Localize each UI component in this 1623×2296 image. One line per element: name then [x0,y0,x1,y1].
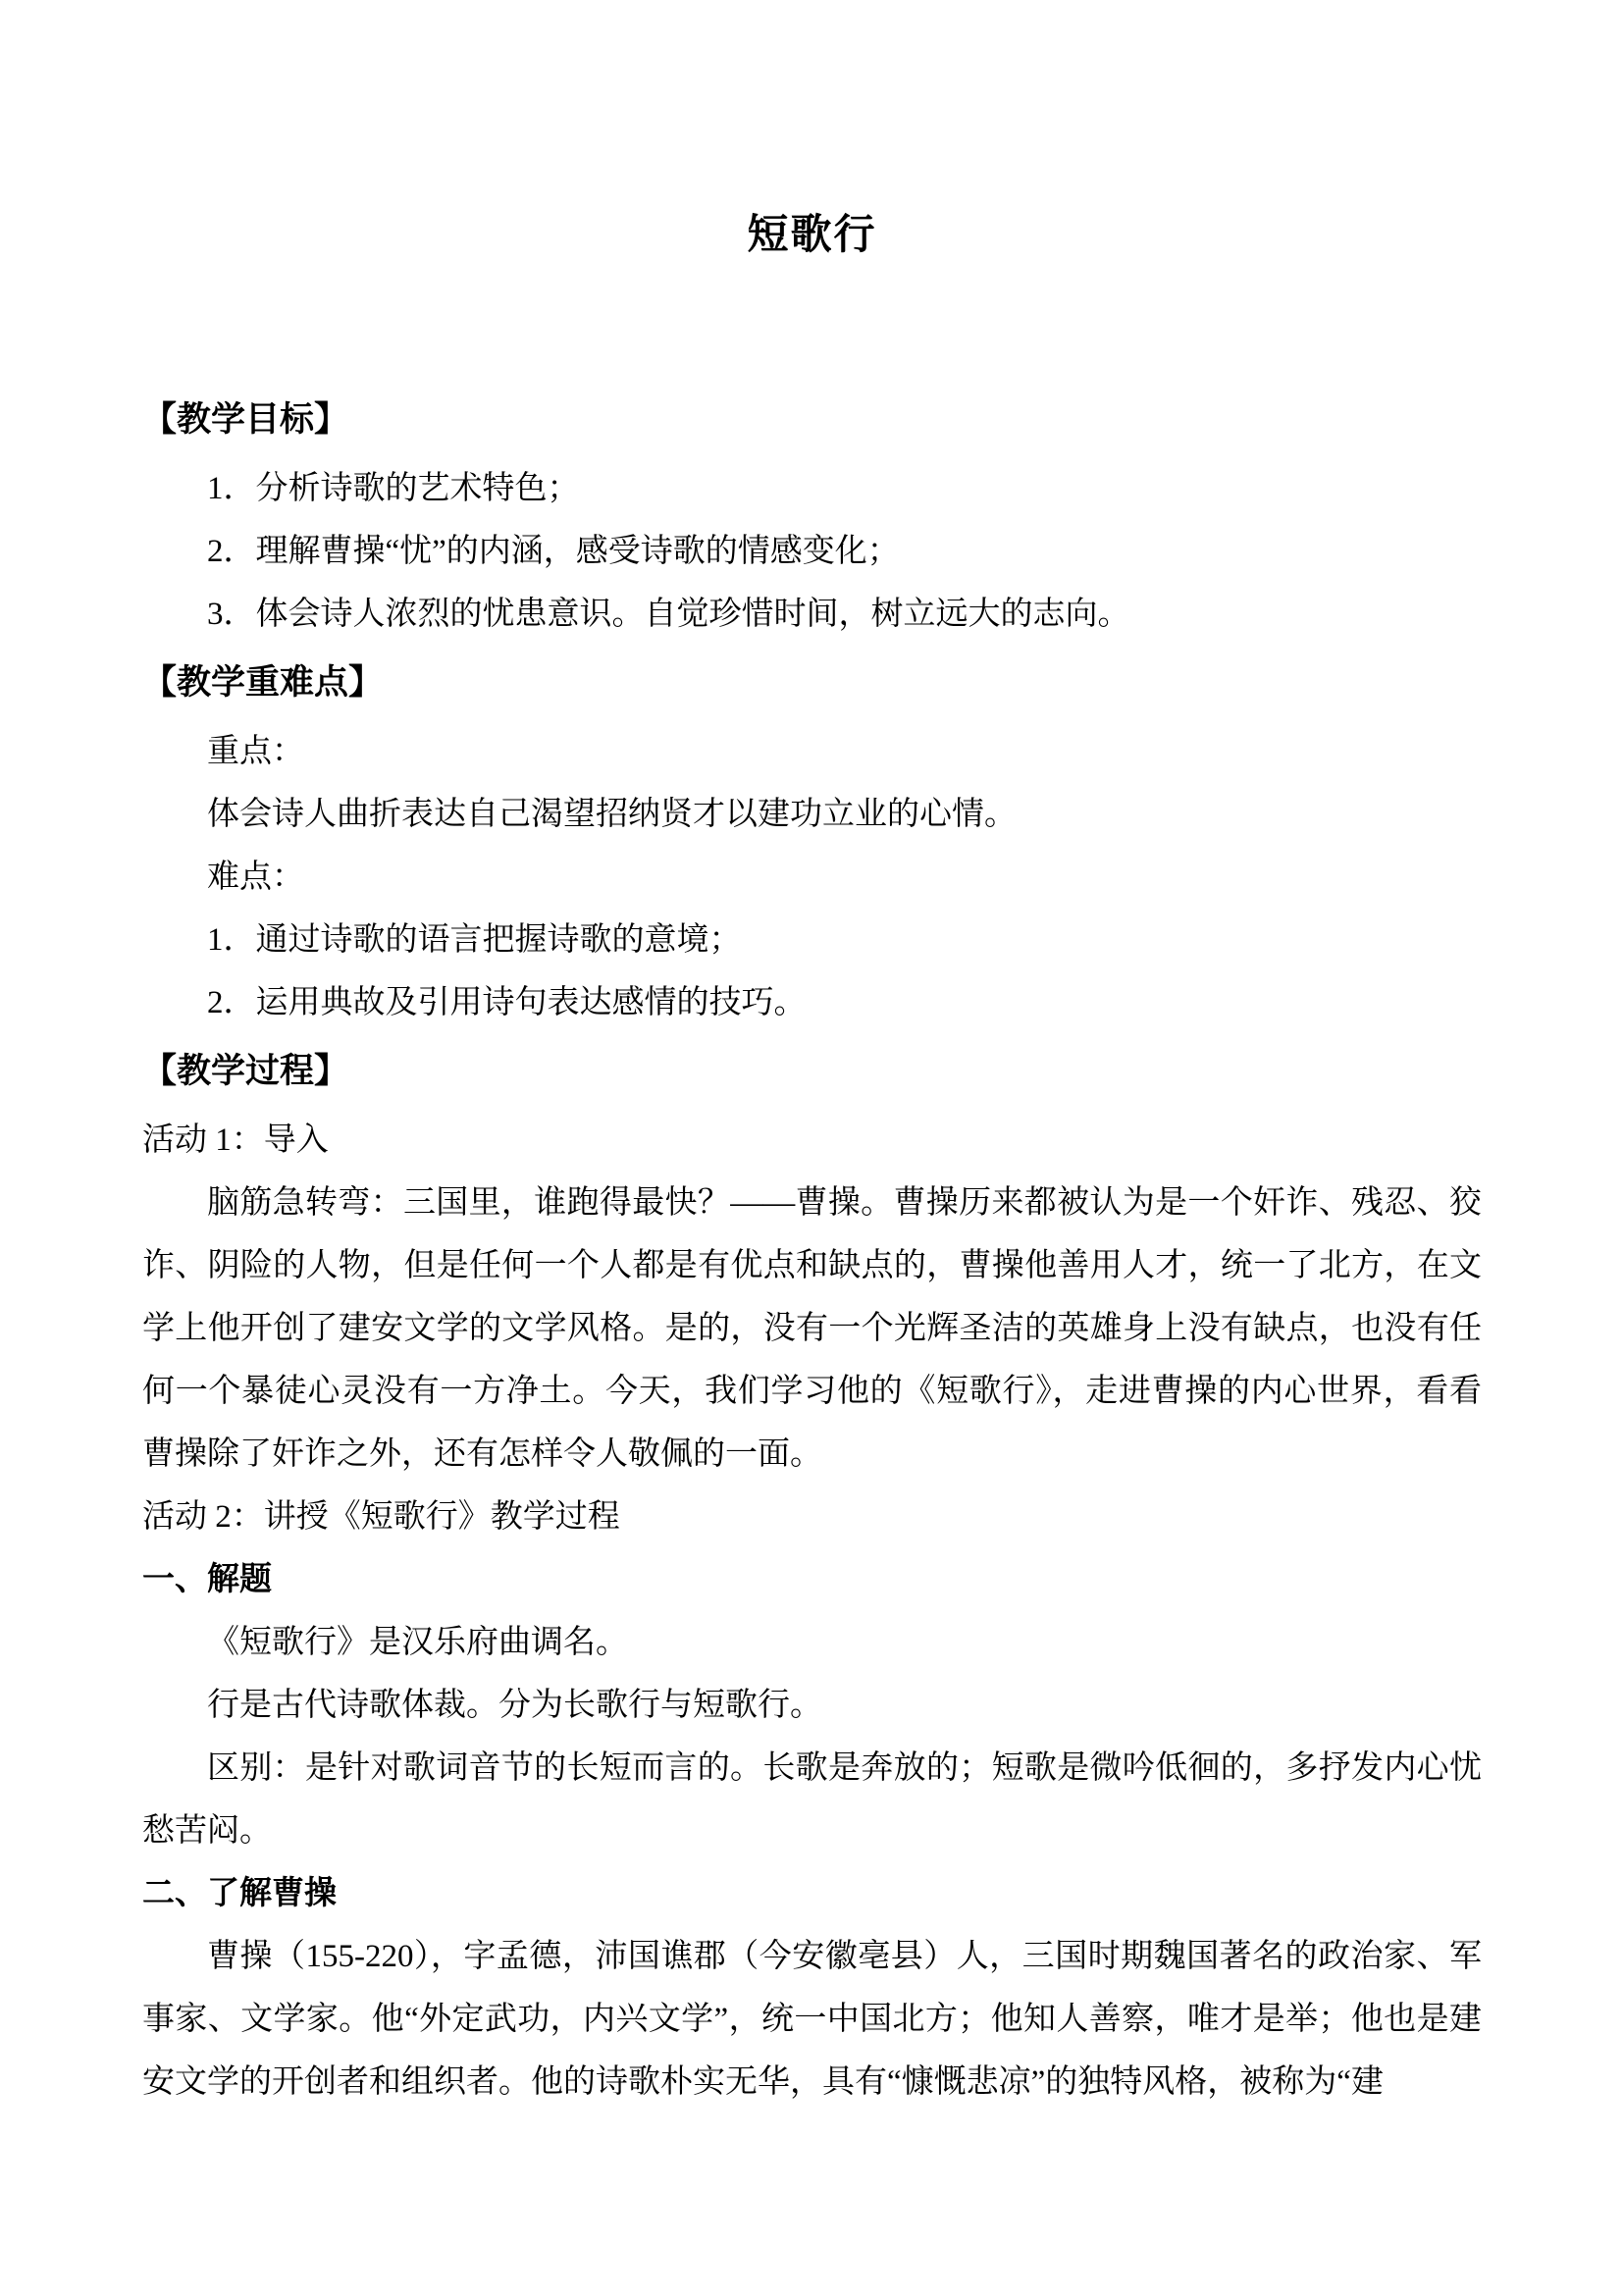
section-header-goals: 【教学目标】 [142,389,1482,451]
subsection-2-header: 二、了解曹操 [142,1862,1482,1925]
key-point-label: 重点： [142,720,1482,783]
goal-item-3: 3．体会诗人浓烈的忧患意识。自觉珍惜时间，树立远大的志向。 [142,583,1482,646]
document-title: 短歌行 [142,208,1482,263]
key-point-text: 体会诗人曲折表达自己渴望招纳贤才以建功立业的心情。 [142,783,1482,846]
subsection-1-line-2: 行是古代诗歌体裁。分为长歌行与短歌行。 [142,1674,1482,1737]
activity-1-label: 活动 1：导入 [142,1109,1482,1172]
difficulty-label: 难点： [142,846,1482,909]
difficulty-item-2: 2．运用典故及引用诗句表达感情的技巧。 [142,971,1482,1034]
subsection-1-header: 一、解题 [142,1548,1482,1611]
section-header-process: 【教学过程】 [142,1040,1482,1103]
difficulty-item-1: 1．通过诗歌的语言把握诗歌的意境； [142,909,1482,971]
subsection-1-line-3: 区别：是针对歌词音节的长短而言的。长歌是奔放的；短歌是微吟低徊的，多抒发内心忧愁… [142,1737,1482,1862]
goal-item-1: 1．分析诗歌的艺术特色； [142,457,1482,520]
goal-item-2: 2．理解曹操“忧”的内涵，感受诗歌的情感变化； [142,520,1482,583]
document-page: 短歌行 【教学目标】 1．分析诗歌的艺术特色； 2．理解曹操“忧”的内涵，感受诗… [0,0,1623,2296]
subsection-2-paragraph: 曹操（155-220），字孟德，沛国谯郡（今安徽亳县）人，三国时期魏国著名的政治… [142,1925,1482,2113]
subsection-1-line-1: 《短歌行》是汉乐府曲调名。 [142,1611,1482,1674]
section-header-key-points: 【教学重难点】 [142,652,1482,714]
activity-2-label: 活动 2：讲授《短歌行》教学过程 [142,1486,1482,1548]
activity-1-paragraph: 脑筋急转弯：三国里，谁跑得最快？——曹操。曹操历来都被认为是一个奸诈、残忍、狡诈… [142,1172,1482,1486]
